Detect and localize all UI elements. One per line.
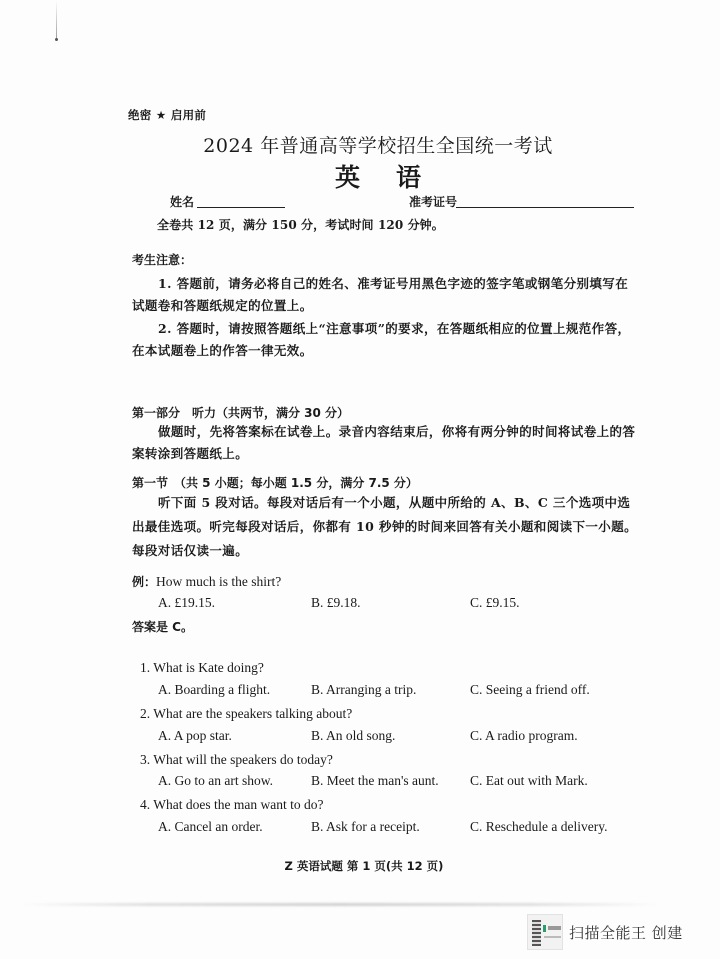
- subject-char-1: 英: [335, 163, 360, 192]
- exam-page: 绝密 ★ 启用前 2024 年普通高等学校招生全国统一考试 英语 姓名 准考证号…: [0, 0, 720, 959]
- q1-option-c: C. Seeing a friend off.: [470, 682, 590, 698]
- q2-option-b: B. An old song.: [311, 728, 395, 744]
- example-option-a: A. £19.15.: [158, 595, 215, 611]
- notice-item-1: 1. 答题前，请务必将自己的姓名、准考证号用黑色字迹的签字笔或钢笔分别填写在试题…: [132, 273, 640, 317]
- notice-item-2: 2. 答题时，请按照答题纸上“注意事项”的要求，在答题纸相应的位置上规范作答，在…: [132, 318, 640, 362]
- section1-description: 听下面 5 段对话。每段对话后有一个小题，从题中所给的 A、B、C 三个选项中选…: [132, 491, 640, 563]
- name-blank-line: [197, 207, 285, 208]
- page-footer: Z 英语试题 第 1 页(共 12 页): [0, 858, 720, 874]
- example-question-text: How much is the shirt?: [156, 574, 281, 589]
- q4-option-a: A. Cancel an order.: [158, 819, 263, 835]
- camscanner-logo-icon: [527, 914, 563, 950]
- example-option-b: B. £9.18.: [311, 595, 361, 611]
- admission-id-label: 准考证号: [409, 193, 457, 210]
- question-3: 3. What will the speakers do today?: [140, 752, 333, 768]
- subject-title: 英语: [0, 158, 720, 194]
- part1-heading: 第一部分 听力（共两节，满分 30 分）: [132, 404, 349, 421]
- q4-option-c: C. Reschedule a delivery.: [470, 819, 607, 835]
- scan-artifact-line: [56, 0, 57, 40]
- question-2-options: A. A pop star. B. An old song. C. A radi…: [0, 728, 720, 748]
- example-option-c: C. £9.15.: [470, 595, 520, 611]
- question-1-options: A. Boarding a flight. B. Arranging a tri…: [0, 682, 720, 702]
- question-3-options: A. Go to an art show. B. Meet the man's …: [0, 773, 720, 793]
- q3-option-b: B. Meet the man's aunt.: [311, 773, 439, 789]
- example-question: 例：How much is the shirt?: [132, 573, 281, 590]
- q1-option-a: A. Boarding a flight.: [158, 682, 270, 698]
- example-answer: 答案是 C。: [132, 618, 193, 635]
- q4-option-b: B. Ask for a receipt.: [311, 819, 420, 835]
- name-label: 姓名: [170, 193, 194, 210]
- paper-edge-shadow: [20, 903, 660, 906]
- question-1: 1. What is Kate doing?: [140, 660, 264, 676]
- q3-option-a: A. Go to an art show.: [158, 773, 273, 789]
- question-4-options: A. Cancel an order. B. Ask for a receipt…: [0, 819, 720, 839]
- q1-option-b: B. Arranging a trip.: [311, 682, 416, 698]
- example-options: A. £19.15. B. £9.18. C. £9.15.: [0, 595, 720, 615]
- q3-option-c: C. Eat out with Mark.: [470, 773, 588, 789]
- admission-id-blank-line: [456, 207, 634, 208]
- subject-char-2: 语: [396, 163, 421, 192]
- part1-description: 做题时，先将答案标在试卷上。录音内容结束后，你将有两分钟的时间将试卷上的答案转涂…: [132, 421, 640, 465]
- classification-label: 绝密 ★ 启用前: [128, 107, 206, 123]
- notice-heading: 考生注意：: [132, 251, 192, 268]
- section1-heading: 第一节 （共 5 小题；每小题 1.5 分，满分 7.5 分）: [132, 474, 418, 491]
- q2-option-c: C. A radio program.: [470, 728, 578, 744]
- q2-option-a: A. A pop star.: [158, 728, 232, 744]
- scanner-watermark: 扫描全能王 创建: [527, 914, 683, 950]
- question-4: 4. What does the man want to do?: [140, 797, 323, 813]
- example-label: 例：: [132, 575, 156, 589]
- exam-summary: 全卷共 12 页，满分 150 分，考试时间 120 分钟。: [157, 216, 444, 233]
- watermark-text: 扫描全能王 创建: [569, 922, 683, 943]
- question-2: 2. What are the speakers talking about?: [140, 706, 352, 722]
- exam-title: 2024 年普通高等学校招生全国统一考试: [0, 131, 720, 158]
- scan-artifact-dot: [55, 38, 58, 41]
